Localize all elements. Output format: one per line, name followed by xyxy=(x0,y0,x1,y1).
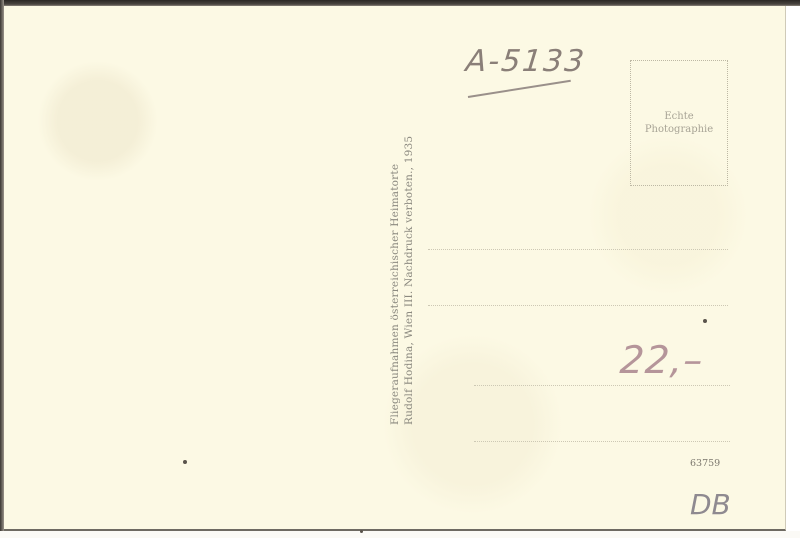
imprint-publisher: Rudolf Hodina, Wien III. Nachdruck verbo… xyxy=(402,95,416,425)
stamp-box-label: Echte Photographie xyxy=(631,110,727,136)
handwritten-initials: DB xyxy=(690,488,731,521)
paper-speck xyxy=(183,460,187,464)
handwritten-price: 22,– xyxy=(618,338,705,382)
stamp-label-line1: Echte xyxy=(631,110,727,123)
stamp-label-line2: Photographie xyxy=(631,123,727,136)
imprint-series-title: Fliegeraufnahmen österreichischer Heimat… xyxy=(388,95,402,425)
publisher-imprint: Fliegeraufnahmen österreichischer Heimat… xyxy=(388,95,416,425)
serial-number: 63759 xyxy=(690,458,720,469)
scan-background-bottom xyxy=(0,531,800,538)
address-line-1 xyxy=(428,249,728,250)
address-line-2 xyxy=(428,305,728,306)
paper-speck xyxy=(360,530,363,533)
paper-speck xyxy=(703,319,707,323)
address-line-3 xyxy=(474,385,730,386)
handwritten-reference-number: A-5133 xyxy=(464,44,587,79)
address-line-4 xyxy=(474,441,730,442)
stamp-placeholder-box: Echte Photographie xyxy=(630,60,728,186)
